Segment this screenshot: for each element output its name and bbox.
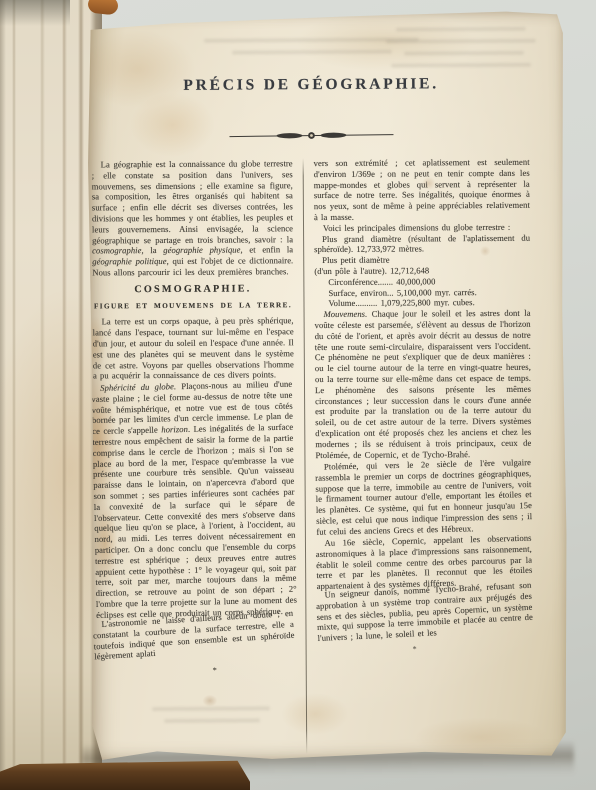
right-column: vers son extrémité ; cet aplatissement e… bbox=[314, 157, 534, 754]
photo-shadow bbox=[0, 0, 70, 26]
paragraph-tycho-brahe: Un seigneur danois, nommé Tycho-Brahé, r… bbox=[315, 580, 533, 644]
section-divider-ornament-icon bbox=[86, 127, 536, 149]
page-content: PRÉCIS DE GÉOGRAPHIE. La géographie est … bbox=[86, 11, 569, 762]
book-page: PRÉCIS DE GÉOGRAPHIE. La géographie est … bbox=[86, 11, 569, 762]
footnote-mark: * bbox=[213, 666, 296, 675]
footnote-mark: * bbox=[413, 645, 533, 654]
dimensions-list: Plus grand diamètre (résultant de l'apla… bbox=[314, 232, 530, 309]
text-columns: La géographie est la connaissance du glo… bbox=[92, 157, 534, 756]
book-photo: PRÉCIS DE GÉOGRAPHIE. La géographie est … bbox=[0, 0, 596, 790]
page-title: PRÉCIS DE GÉOGRAPHIE. bbox=[86, 75, 536, 96]
dimension-line: Plus grand diamètre (résultant de l'apla… bbox=[314, 232, 530, 255]
section-heading: COSMOGRAPHIE. bbox=[92, 284, 293, 296]
paragraph-ptolemee: Ptolémée, qui vers le 2e siècle de l'ère… bbox=[315, 457, 533, 537]
paragraph-intro: La géographie est la connaissance du glo… bbox=[92, 158, 294, 278]
paragraph-mouvemens: Mouvemens. Chaque jour le soleil et les … bbox=[315, 308, 532, 460]
subsection-heading: FIGURE ET MOUVEMENS DE LA TERRE. bbox=[92, 300, 293, 312]
curled-page-edges bbox=[0, 0, 102, 788]
column-divider-rule bbox=[303, 158, 308, 754]
left-column: La géographie est la connaissance du glo… bbox=[92, 158, 297, 755]
paragraph-aplatissement: vers son extrémité ; cet aplatissement e… bbox=[314, 157, 530, 223]
paragraph-sphericite: Sphéricité du globe. Plaçons-nous au mil… bbox=[91, 379, 297, 621]
paragraph-dimensions-intro: Voici les principales dimensions du glob… bbox=[314, 222, 530, 234]
paragraph-terre: La terre est un corps opaque, à peu près… bbox=[93, 316, 294, 382]
